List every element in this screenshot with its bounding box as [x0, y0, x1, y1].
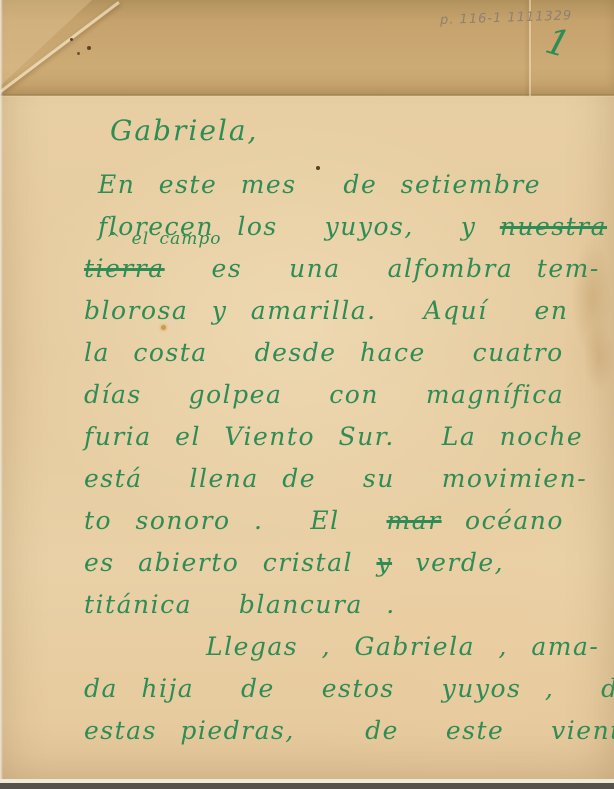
- text-segment: es abierto cristal: [84, 548, 376, 577]
- stain-spot: [70, 38, 73, 41]
- letter-line: Llegas , Gabriela , ama-: [206, 626, 604, 668]
- horizontal-fold-line: [0, 94, 614, 97]
- text-segment: En este mes de setiembre: [98, 170, 541, 199]
- struck-word: y: [376, 548, 392, 577]
- text-segment: es una alfombra tem-: [165, 254, 600, 283]
- letter-line: está llena de su movimien-: [84, 458, 604, 500]
- stain-spot: [87, 46, 91, 50]
- letter-line: es abierto cristal y verde,: [84, 542, 604, 584]
- text-segment: furia el Viento Sur. La noche: [84, 422, 583, 451]
- letter-line: En este mes de setiembre: [98, 164, 604, 206]
- text-segment: océano: [442, 506, 564, 535]
- letter-body: Gabriela, En este mes de setiembreflorec…: [84, 110, 604, 752]
- text-segment: la costa desde hace cuatro: [84, 338, 564, 367]
- text-segment: está llena de su movimien-: [84, 464, 587, 493]
- struck-word: mar: [387, 506, 442, 535]
- text-segment: verde,: [392, 548, 504, 577]
- letter-lines: En este mes de setiembreflorecen los yuy…: [84, 164, 604, 752]
- scanned-letter: p. 116-1 1111329 1 Gabriela, En este mes…: [0, 0, 614, 789]
- letter-line: estas piedras, de este viento: [84, 710, 604, 752]
- struck-word: nuestra: [500, 212, 607, 241]
- text-segment: Llegas , Gabriela , ama-: [206, 632, 599, 661]
- salutation: Gabriela,: [110, 110, 604, 152]
- text-segment: titánica blancura .: [84, 590, 396, 619]
- letter-line: furia el Viento Sur. La noche: [84, 416, 604, 458]
- letter-line: da hija de estos yuyos , de: [84, 668, 604, 710]
- text-segment: estas piedras, de este viento: [84, 716, 614, 745]
- letter-line: blorosa y amarilla. Aquí en: [84, 290, 604, 332]
- text-segment: días golpea con magnífica: [84, 380, 564, 409]
- paper-left-edge: [0, 0, 3, 784]
- text-segment: da hija de estos yuyos , de: [84, 674, 614, 703]
- inserted-text: ^ el campo: [106, 231, 221, 248]
- text-segment: to sonoro . El: [84, 506, 387, 535]
- text-segment: blorosa y amarilla. Aquí en: [84, 296, 568, 325]
- letter-line: titánica blancura .: [84, 584, 604, 626]
- letter-line: ^ el campotierra es una alfombra tem-: [84, 248, 604, 290]
- letter-line: días golpea con magnífica: [84, 374, 604, 416]
- letter-line: to sonoro . El mar océano: [84, 500, 604, 542]
- struck-word: tierra: [84, 254, 165, 283]
- letter-line: la costa desde hace cuatro: [84, 332, 604, 374]
- scan-edge-shadow: [0, 783, 614, 789]
- stain-spot: [77, 52, 80, 55]
